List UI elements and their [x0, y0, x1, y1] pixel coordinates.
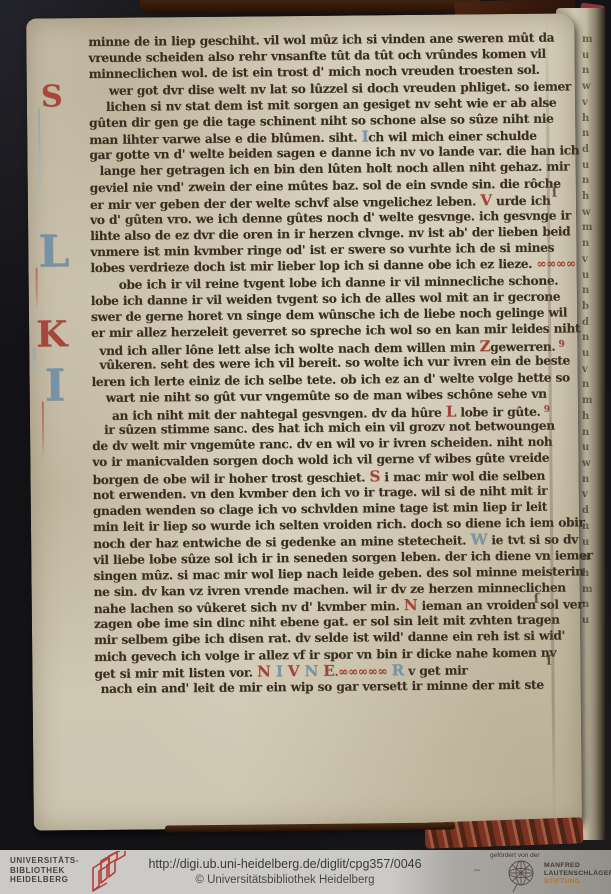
book-spine-edge: [140, 0, 480, 14]
manuscript-page: minne de in liep geschiht. vil wol mûz i…: [26, 13, 582, 830]
viewer-footer-bar: UNIVERSITÄTS- BIBLIOTHEK HEIDELBERG http…: [0, 850, 611, 894]
funder-dash: –: [474, 864, 480, 876]
funder-name-line1: MANFRED: [544, 862, 611, 870]
margin-mark: ſ: [546, 654, 552, 669]
initial-filigree-tail: [36, 268, 38, 310]
initial-filigree-tail: [38, 108, 41, 208]
copyright-line: © Universitätsbibliothek Heidelberg: [120, 874, 450, 886]
lautenschlaeger-globe-icon: [504, 859, 538, 894]
illuminated-initial-K: K: [36, 316, 68, 352]
ub-wordmark-line3: HEIDELBERG: [10, 875, 79, 885]
ub-heidelberg-wordmark: UNIVERSITÄTS- BIBLIOTHEK HEIDELBERG: [10, 856, 79, 885]
illuminated-initial-S: S: [41, 82, 63, 112]
initial-filigree-tail: [33, 347, 35, 381]
digilit-url[interactable]: http://digi.ub.uni-heidelberg.de/diglit/…: [120, 857, 450, 871]
funder-name: MANFRED LAUTENSCHLÄGER STIFTUNG: [544, 862, 611, 886]
illuminated-initial-I: I: [44, 364, 65, 408]
funder-name-line3: STIFTUNG: [544, 878, 611, 886]
illuminated-initial-L: L: [38, 230, 69, 274]
ub-wordmark-line1: UNIVERSITÄTS-: [10, 856, 79, 866]
funder-tagline: gefördert von der: [490, 852, 540, 859]
footer-center-text: http://digi.ub.uni-heidelberg.de/diglit/…: [120, 850, 450, 886]
margin-mark: ſ: [534, 592, 540, 607]
margin-mark: ſ: [552, 186, 558, 201]
page-edge-fragments: munwvhndunhwmnvunbdnuvnmhnuwnvdnunhmnu: [582, 32, 602, 629]
manuscript-line: nach ein and' leit de mir ein wip so gar…: [94, 676, 566, 697]
ub-wordmark-line2: BIBLIOTHEK: [10, 866, 79, 876]
manuscript-photo: munwvhndunhwmnvunbdnuvnmhnuwnvdnunhmnu m…: [0, 0, 611, 850]
funder-name-line2: LAUTENSCHLÄGER: [544, 870, 611, 878]
manuscript-text: minne de in liep geschiht. vil wol mûz i…: [88, 30, 566, 698]
